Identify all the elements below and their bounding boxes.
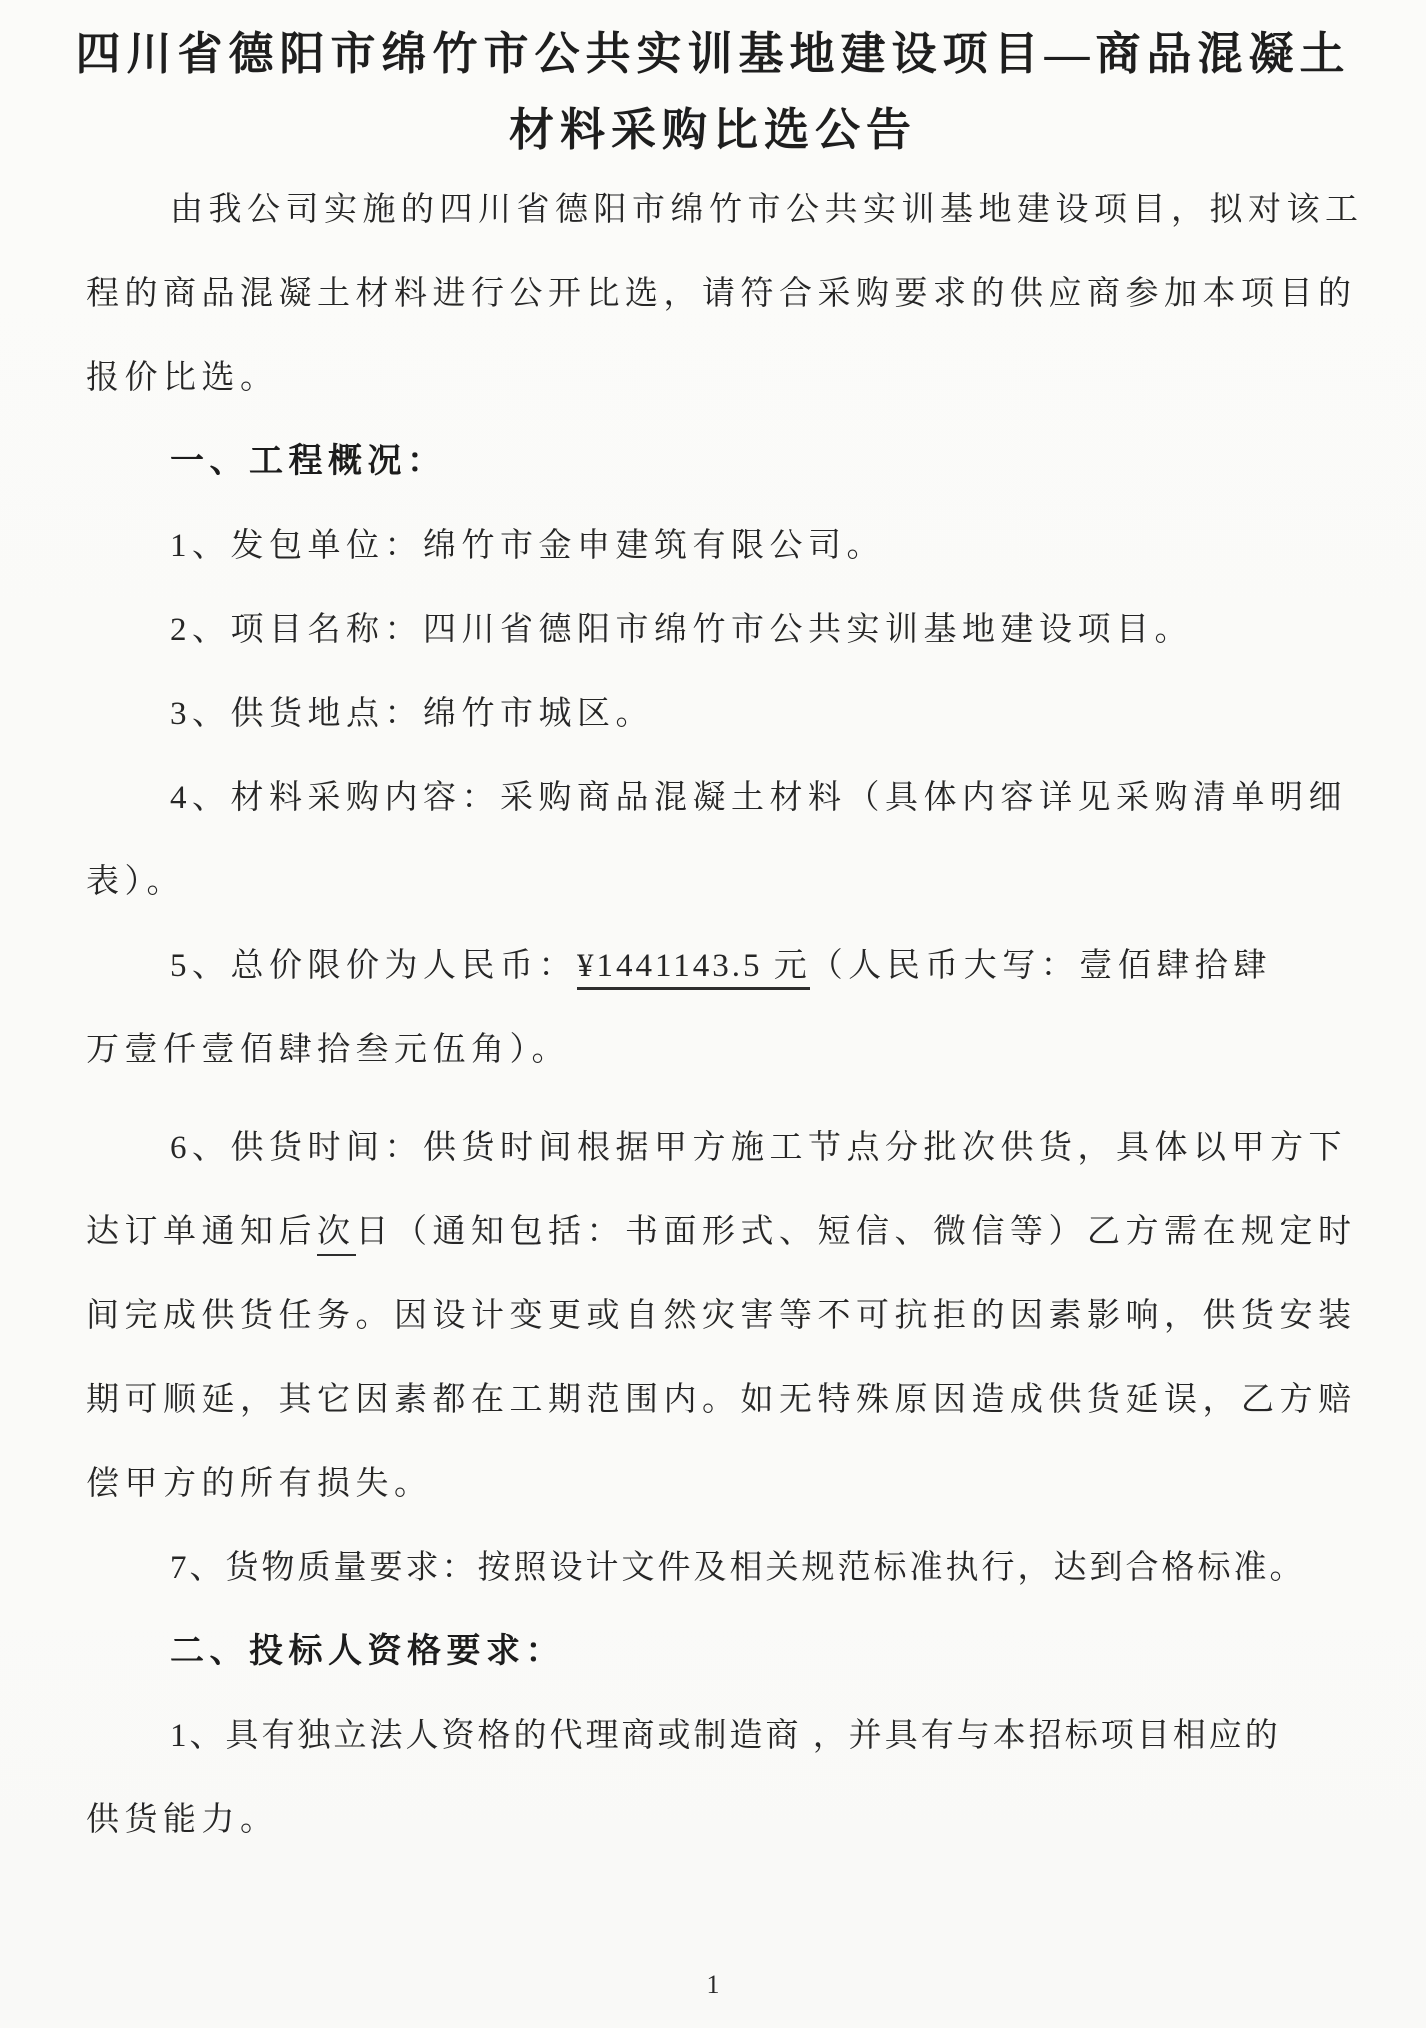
scanned-document-page: 四川省德阳市绵竹市公共实训基地建设项目—商品混凝土 材料采购比选公告 由我公司实… (0, 0, 1426, 2028)
document-title-line-1: 四川省德阳市绵竹市公共实训基地建设项目—商品混凝土 (0, 16, 1426, 92)
intro-line-1: 由我公司实施的四川省德阳市绵竹市公共实训基地建设项目，拟对该工 (86, 168, 1366, 252)
item-5-prefix: 5、总价限价为人民币： (170, 948, 577, 984)
item-5-price-underlined: ¥1441143.5 元 (577, 948, 810, 990)
section1-item-5-line-2: 万壹仟壹佰肆拾叁元伍角）。 (86, 1008, 1366, 1092)
section1-item-3: 3、供货地点：绵竹市城区。 (86, 672, 1366, 756)
section2-item-1-line-2: 供货能力。 (86, 1778, 1366, 1862)
item-5-suffix: （人民币大写：壹佰肆拾肆 (810, 948, 1272, 984)
section1-item-6-line-1: 6、供货时间：供货时间根据甲方施工节点分批次供货，具体以甲方下 (86, 1106, 1366, 1190)
section1-item-6-line-2: 达订单通知后次日（通知包括：书面形式、短信、微信等）乙方需在规定时 (86, 1190, 1366, 1274)
item-6-line-2-post: 日（通知包括：书面形式、短信、微信等）乙方需在规定时 (356, 1214, 1357, 1250)
section1-item-2: 2、项目名称：四川省德阳市绵竹市公共实训基地建设项目。 (86, 588, 1366, 672)
section1-item-6-line-5: 偿甲方的所有损失。 (86, 1442, 1366, 1526)
section1-item-4-line-2: 表）。 (86, 840, 1366, 924)
item-6-underlined-char: 次 (317, 1214, 356, 1256)
section1-item-7: 7、货物质量要求：按照设计文件及相关规范标准执行，达到合格标准。 (86, 1526, 1366, 1610)
section1-item-5-line-1: 5、总价限价为人民币：¥1441143.5 元（人民币大写：壹佰肆拾肆 (86, 924, 1366, 1008)
document-title: 四川省德阳市绵竹市公共实训基地建设项目—商品混凝土 材料采购比选公告 (0, 0, 1426, 168)
section1-item-4-line-1: 4、材料采购内容：采购商品混凝土材料（具体内容详见采购清单明细 (86, 756, 1366, 840)
section1-heading: 一、工程概况： (86, 420, 1366, 504)
section1-item-6-line-3: 间完成供货任务。因设计变更或自然灾害等不可抗拒的因素影响，供货安装 (86, 1274, 1366, 1358)
section1-item-1: 1、发包单位：绵竹市金申建筑有限公司。 (86, 504, 1366, 588)
document-title-line-2: 材料采购比选公告 (0, 92, 1426, 168)
page-number: 1 (0, 1970, 1426, 2000)
intro-line-3: 报价比选。 (86, 336, 1366, 420)
intro-line-2: 程的商品混凝土材料进行公开比选，请符合采购要求的供应商参加本项目的 (86, 252, 1366, 336)
section2-item-1-line-1: 1、具有独立法人资格的代理商或制造商 ，并具有与本招标项目相应的 (86, 1694, 1366, 1778)
document-body: 由我公司实施的四川省德阳市绵竹市公共实训基地建设项目，拟对该工 程的商品混凝土材… (0, 168, 1426, 1862)
item-6-line-2-pre: 达订单通知后 (86, 1214, 317, 1250)
section1-item-6-line-4: 期可顺延，其它因素都在工期范围内。如无特殊原因造成供货延误，乙方赔 (86, 1358, 1366, 1442)
section2-heading: 二、投标人资格要求： (86, 1610, 1366, 1694)
